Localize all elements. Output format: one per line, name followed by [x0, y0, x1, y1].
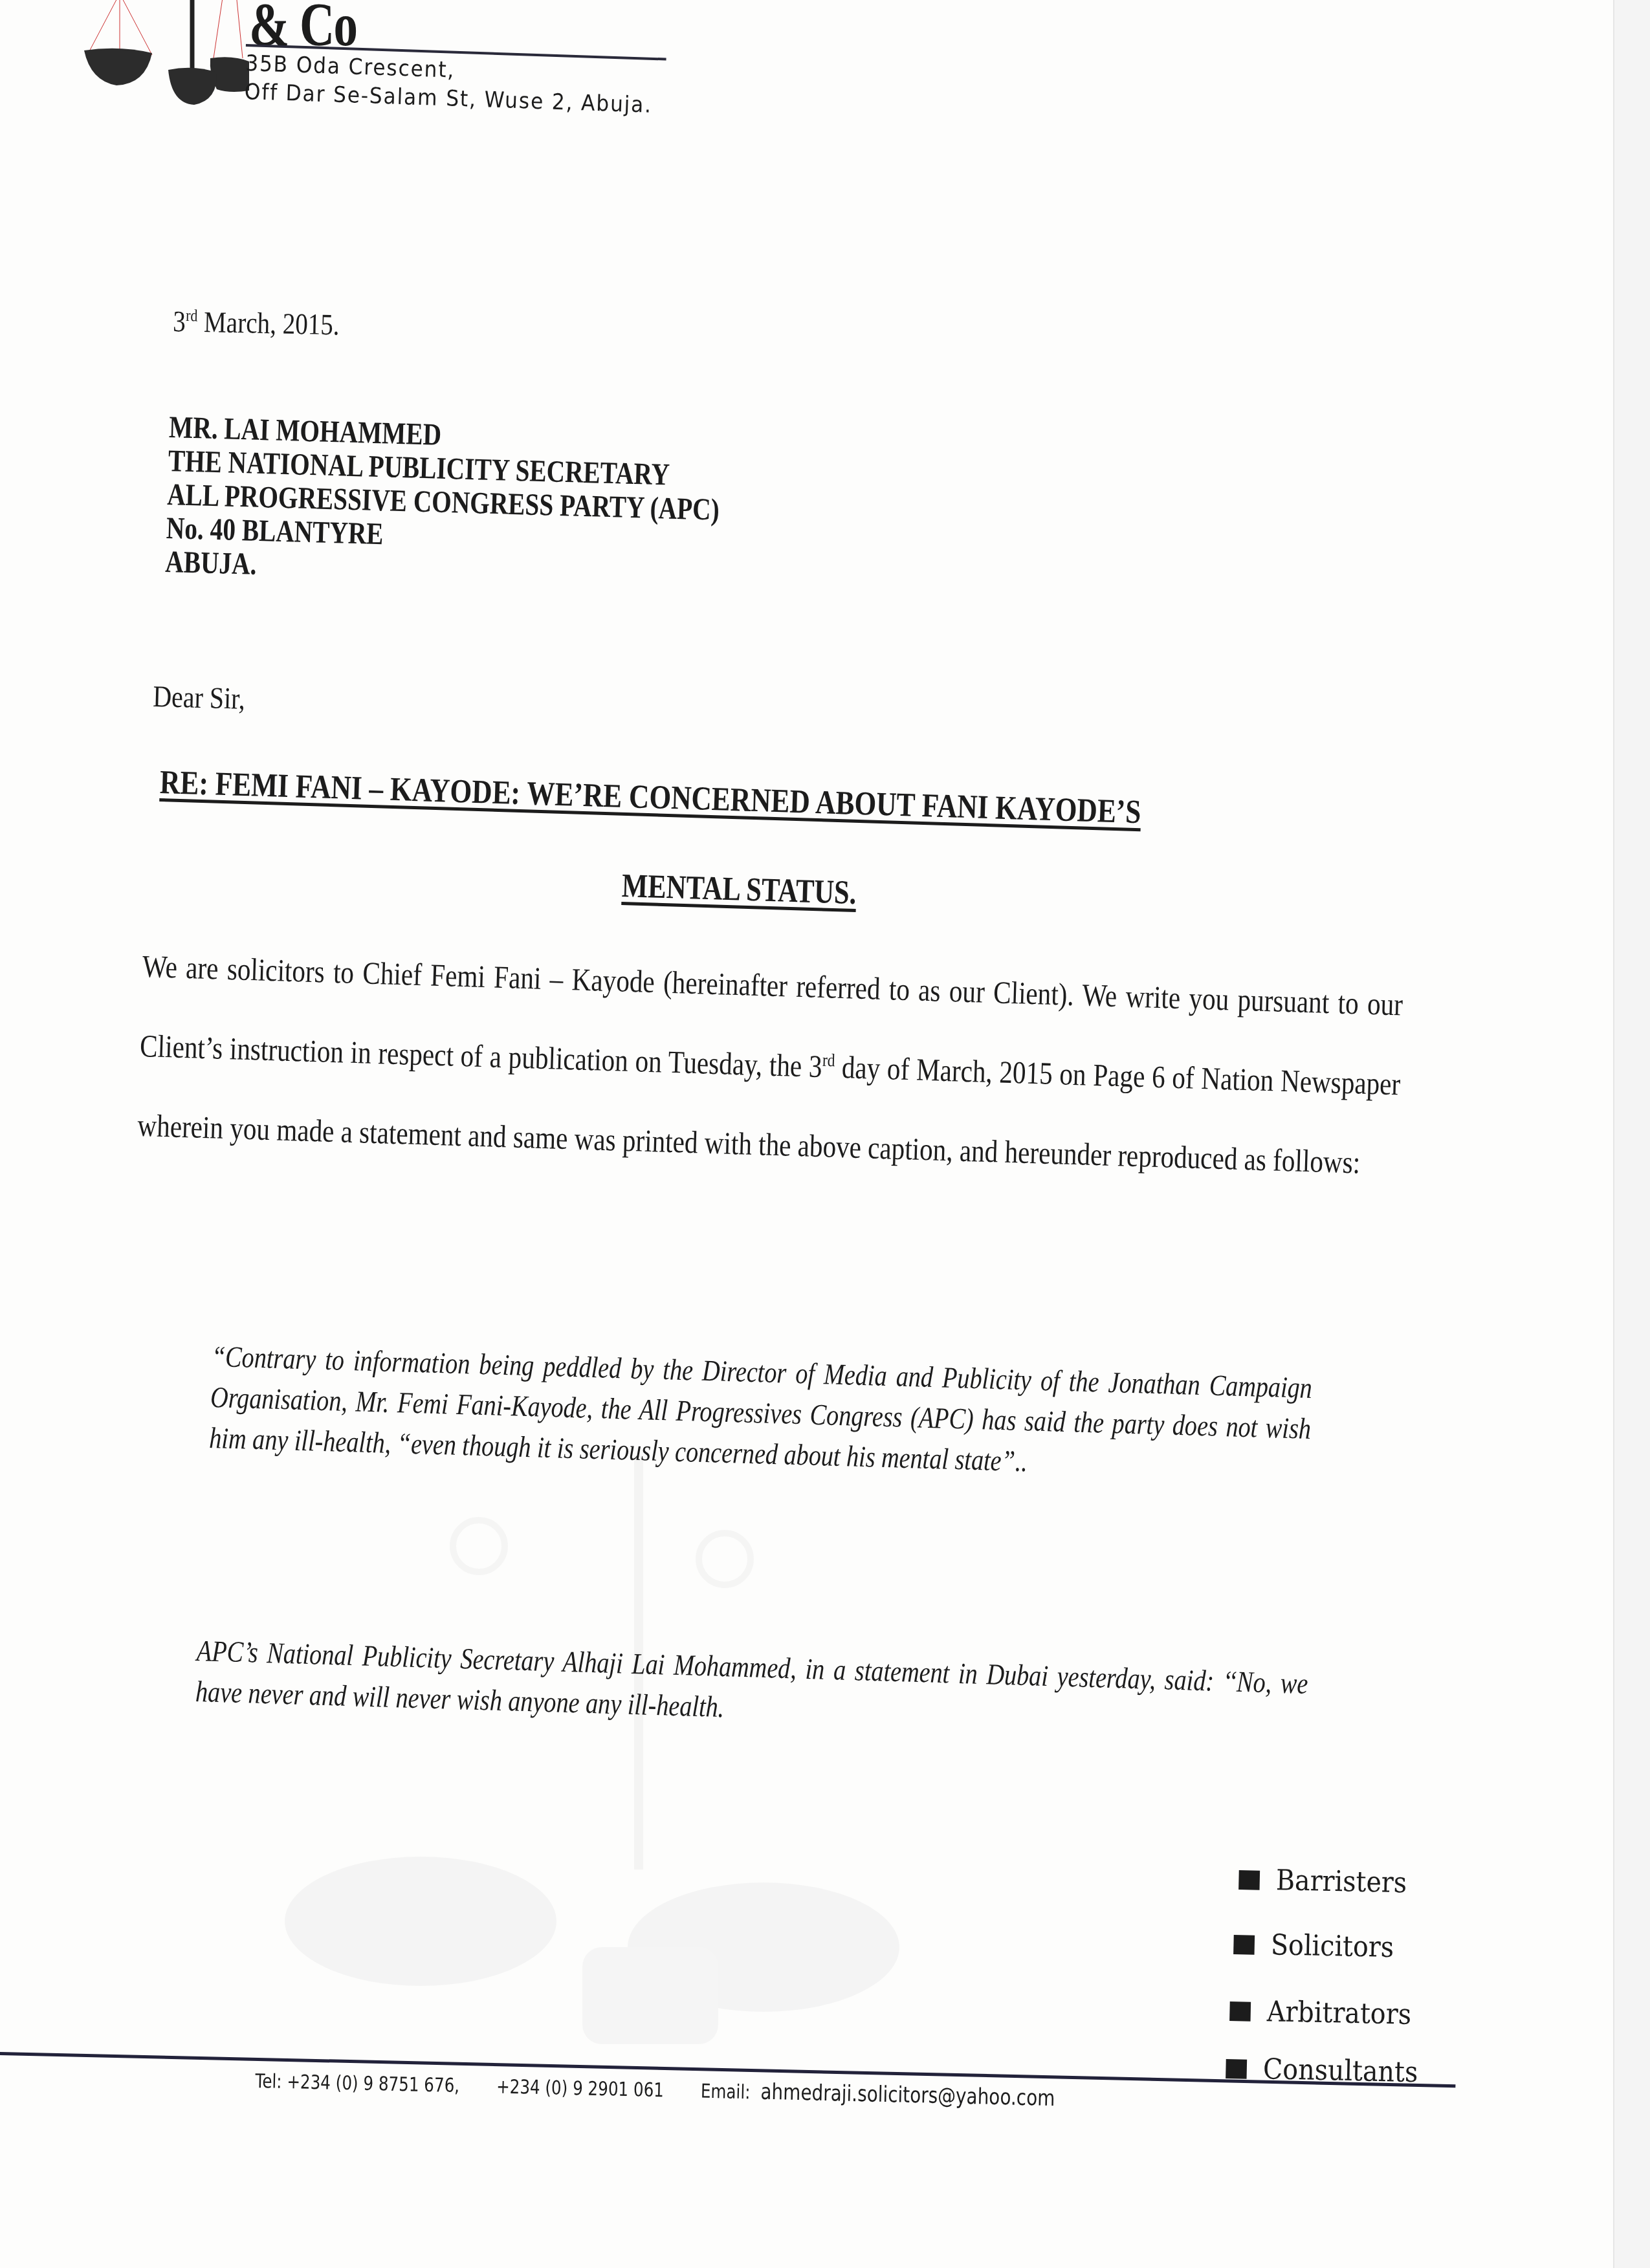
scales-of-justice-icon — [55, 0, 249, 110]
footer-phone-1: Tel: +234 (0) 9 8751 676, — [255, 2070, 459, 2097]
square-bullet-icon — [1233, 1934, 1255, 1954]
paragraph-date-suffix: rd — [822, 1051, 835, 1071]
service-item: Barristers — [1238, 1863, 1407, 1899]
service-label: Arbitrators — [1267, 1995, 1412, 2031]
service-item: Arbitrators — [1229, 1994, 1412, 2031]
date-day: 3 — [173, 305, 186, 338]
body-paragraph: We are solicitors to Chief Femi Fani – K… — [137, 926, 1404, 1203]
subject-line-continued: MENTAL STATUS. — [621, 867, 857, 912]
scales-watermark-icon — [272, 1456, 1016, 2051]
square-bullet-icon — [1226, 2058, 1247, 2078]
footer-email-label: Email: — [701, 2080, 751, 2104]
service-label: Barristers — [1276, 1864, 1407, 1899]
date-month-year: March, 2015. — [197, 305, 340, 342]
square-bullet-icon — [1229, 2001, 1251, 2021]
footer-phone-2: +234 (0) 9 2901 061 — [496, 2075, 665, 2102]
service-item: Solicitors — [1233, 1928, 1394, 1964]
letter-date: 3rd March, 2015. — [173, 304, 340, 342]
recipient-address: MR. LAI MOHAMMED THE NATIONAL PUBLICITY … — [165, 411, 722, 594]
scan-page-edge — [1613, 0, 1650, 2268]
salutation: Dear Sir, — [153, 679, 246, 717]
paragraph-date-day: 3 — [808, 1049, 822, 1085]
date-suffix: rd — [186, 306, 198, 325]
service-label: Solicitors — [1271, 1928, 1394, 1964]
square-bullet-icon — [1238, 1870, 1260, 1890]
